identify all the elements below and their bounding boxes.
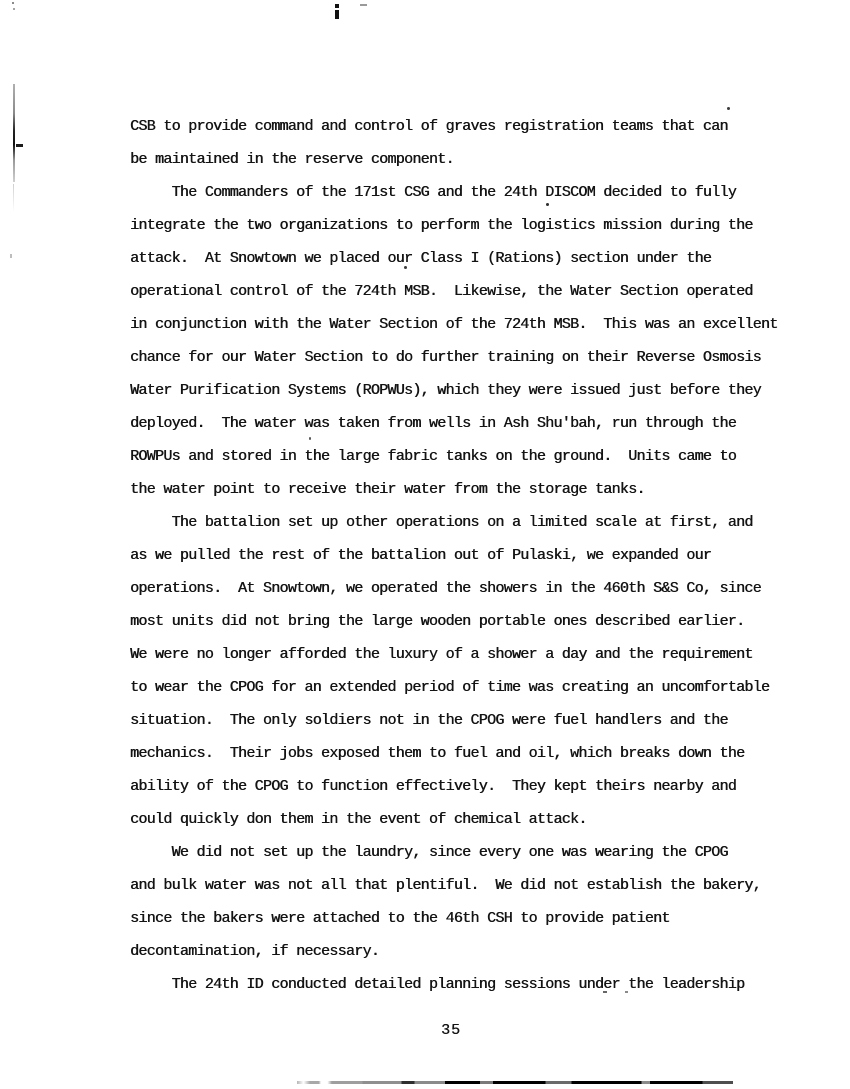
text-line: The battalion set up other operations on… xyxy=(130,506,810,539)
scan-artifact-left-speck xyxy=(10,254,12,258)
text-line: ROWPUs and stored in the large fabric ta… xyxy=(130,440,810,473)
scan-artifact-top-dash xyxy=(360,4,367,6)
text-line: decontamination, if necessary. xyxy=(130,935,810,968)
text-line: integrate the two organizations to perfo… xyxy=(130,209,810,242)
text-line: in conjunction with the Water Section of… xyxy=(130,308,810,341)
text-line: Water Purification Systems (ROPWUs), whi… xyxy=(130,374,810,407)
scan-artifact-bottom-line xyxy=(297,1081,733,1084)
text-line: We were no longer afforded the luxury of… xyxy=(130,638,810,671)
text-line: could quickly don them in the event of c… xyxy=(130,803,810,836)
text-line: most units did not bring the large woode… xyxy=(130,605,810,638)
text-line: deployed. The water was taken from wells… xyxy=(130,407,810,440)
scan-artifact-left-margin-line xyxy=(13,84,15,182)
text-line: The Commanders of the 171st CSG and the … xyxy=(130,176,810,209)
body-text: CSB to provide command and control of gr… xyxy=(130,110,810,1001)
text-line: the water point to receive their water f… xyxy=(130,473,810,506)
text-line: operational control of the 724th MSB. Li… xyxy=(130,275,810,308)
text-line: attack. At Snowtown we placed our Class … xyxy=(130,242,810,275)
document-page: CSB to provide command and control of gr… xyxy=(0,0,850,1089)
text-line: The 24th ID conducted detailed planning … xyxy=(130,968,810,1001)
text-line: and bulk water was not all that plentifu… xyxy=(130,869,810,902)
text-line: CSB to provide command and control of gr… xyxy=(130,110,810,143)
scan-artifact-left-margin-line-tail xyxy=(13,184,14,212)
scan-artifact-top-tick xyxy=(335,4,339,19)
text-line: operations. At Snowtown, we operated the… xyxy=(130,572,810,605)
scan-artifact-left-dash xyxy=(16,144,23,147)
text-line: situation. The only soldiers not in the … xyxy=(130,704,810,737)
text-line: since the bakers were attached to the 46… xyxy=(130,902,810,935)
text-line: as we pulled the rest of the battalion o… xyxy=(130,539,810,572)
page-number: 35 xyxy=(441,1014,461,1047)
text-line: mechanics. Their jobs exposed them to fu… xyxy=(130,737,810,770)
text-line: We did not set up the laundry, since eve… xyxy=(130,836,810,869)
text-line: to wear the CPOG for an extended period … xyxy=(130,671,810,704)
scan-artifact-topleft-speck xyxy=(12,2,14,4)
text-line: ability of the CPOG to function effectiv… xyxy=(130,770,810,803)
text-line: chance for our Water Section to do furth… xyxy=(130,341,810,374)
text-line: be maintained in the reserve component. xyxy=(130,143,810,176)
